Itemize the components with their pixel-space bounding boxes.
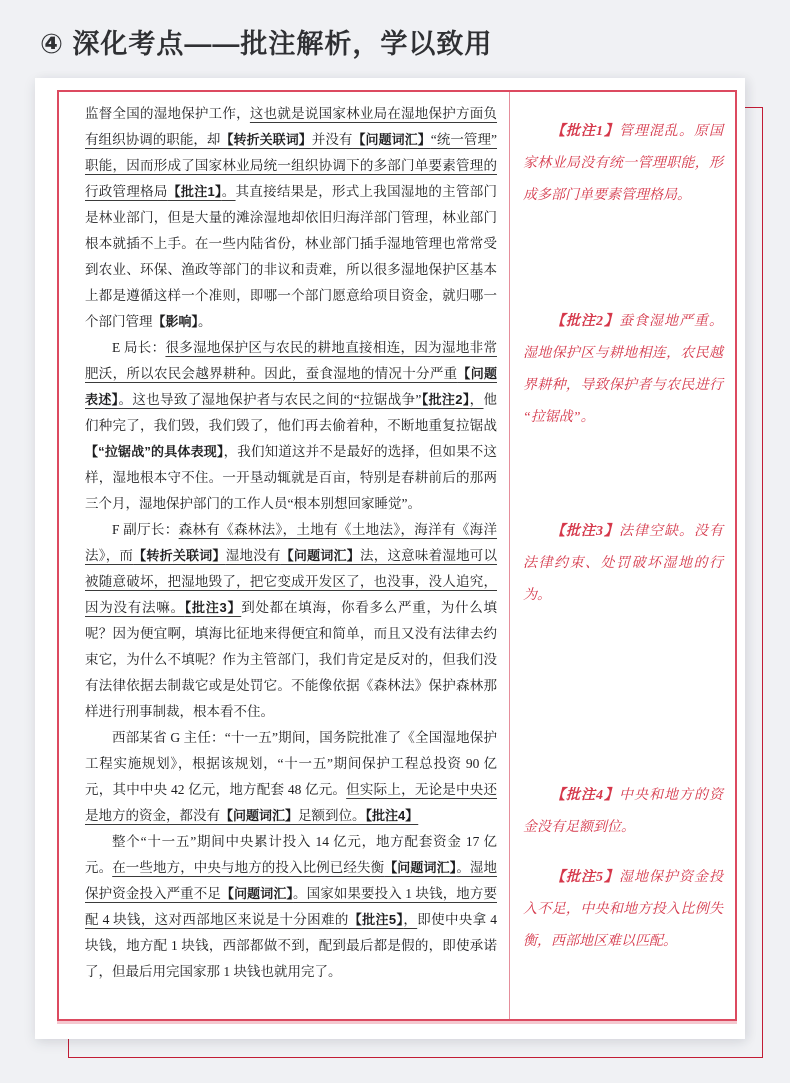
inline-marker: 【“拉锯战”的具体表现】 (85, 444, 224, 459)
annotation-label: 【批注4】 (551, 788, 619, 803)
inline-marker: 【批注2】 (421, 392, 469, 407)
text-segment: 足额到位。 (298, 808, 366, 823)
text-segment: 。 (198, 314, 212, 329)
page-title: ④ 深化考点——批注解析，学以致用 (40, 22, 492, 61)
paragraph: 整个“十一五”期间中央累计投入 14 亿元，地方配套资金 17 亿元。在一些地方… (85, 829, 497, 985)
annotation-label: 【批注5】 (551, 870, 619, 885)
paragraph: E 局长：很多湿地保护区与农民的耕地直接相连，因为湿地非常肥沃，所以农民会越界耕… (85, 335, 497, 517)
annotation-note: 【批注4】中央和地方的资金没有足额到位。 (510, 780, 735, 844)
text-segment: 并没有 (312, 132, 353, 147)
paragraph: F 副厅长：森林有《森林法》，土地有《土地法》，海洋有《海洋法》，而【转折关联词… (85, 517, 497, 725)
annotation-note: 【批注3】法律空缺。没有法律约束、处罚破坏湿地的行为。 (510, 516, 735, 612)
annotated-text-box: 监督全国的湿地保护工作，这也就是说国家林业局在湿地保护方面负有组织协调的职能，却… (57, 90, 737, 1021)
text-segment: 。这也导致了湿地保护者与农民之间的“拉锯战争” (119, 392, 422, 407)
paragraph: 西部某省 G 主任：“十一五”期间，国务院批准了《全国湿地保护工程实施规划》，根… (85, 725, 497, 829)
inline-marker: 【转折关联词】 (133, 548, 226, 563)
text-segment: F 副厅长： (112, 522, 179, 537)
inline-marker: 【批注4】 (366, 808, 419, 823)
main-text-column: 监督全国的湿地保护工作，这也就是说国家林业局在湿地保护方面负有组织协调的职能，却… (59, 92, 510, 1019)
inline-marker: 【转折关联词】 (220, 132, 311, 147)
text-segment: 在一些地方，中央与地方的投入比例已经失衡 (112, 860, 384, 875)
inline-marker: 【问题词汇】 (220, 808, 298, 823)
inline-marker: 【批注3】 (185, 600, 241, 615)
document-card: 监督全国的湿地保护工作，这也就是说国家林业局在湿地保护方面负有组织协调的职能，却… (35, 78, 745, 1039)
text-segment: 湿地没有 (226, 548, 281, 563)
paragraph: 监督全国的湿地保护工作，这也就是说国家林业局在湿地保护方面负有组织协调的职能，却… (85, 101, 497, 335)
annotation-label: 【批注2】 (551, 314, 619, 329)
text-segment: 监督全国的湿地保护工作， (85, 106, 250, 121)
text-segment: 其直接结果是，形式上我国湿地的主管部门是林业部门，但是大量的滩涂湿地却依旧归海洋… (85, 184, 497, 329)
inline-marker: 【问题词汇】 (352, 132, 430, 147)
text-segment: 到处都在填海，你看多么严重，为什么填呢？因为便宜啊，填海比征地来得便宜和简单，而… (85, 600, 497, 719)
inline-marker: 【影响】 (153, 314, 199, 329)
annotation-note: 【批注2】蚕食湿地严重。湿地保护区与耕地相连，农民越界耕种，导致保护者与农民进行… (510, 306, 735, 434)
inline-marker: 【问题词汇】 (384, 860, 456, 875)
annotation-label: 【批注3】 (551, 524, 619, 539)
text-segment: 。 (222, 184, 236, 199)
annotation-note: 【批注1】管理混乱。原国家林业局没有统一管理职能，形成多部门单要素管理格局。 (510, 116, 735, 212)
annotation-note: 【批注5】湿地保护资金投入不足，中央和地方投入比例失衡，西部地区难以匹配。 (510, 862, 735, 958)
annotation-column: 【批注1】管理混乱。原国家林业局没有统一管理职能，形成多部门单要素管理格局。【批… (510, 92, 735, 1019)
annotation-label: 【批注1】 (551, 124, 619, 139)
inline-marker: 【问题词汇】 (221, 886, 293, 901)
text-segment: E 局长： (112, 340, 165, 355)
inline-marker: 【批注5】 (349, 912, 404, 927)
text-segment: ， (403, 912, 417, 927)
inline-marker: 【问题词汇】 (281, 548, 360, 563)
inline-marker: 【批注1】 (168, 184, 222, 199)
text-segment: ， (470, 392, 484, 407)
